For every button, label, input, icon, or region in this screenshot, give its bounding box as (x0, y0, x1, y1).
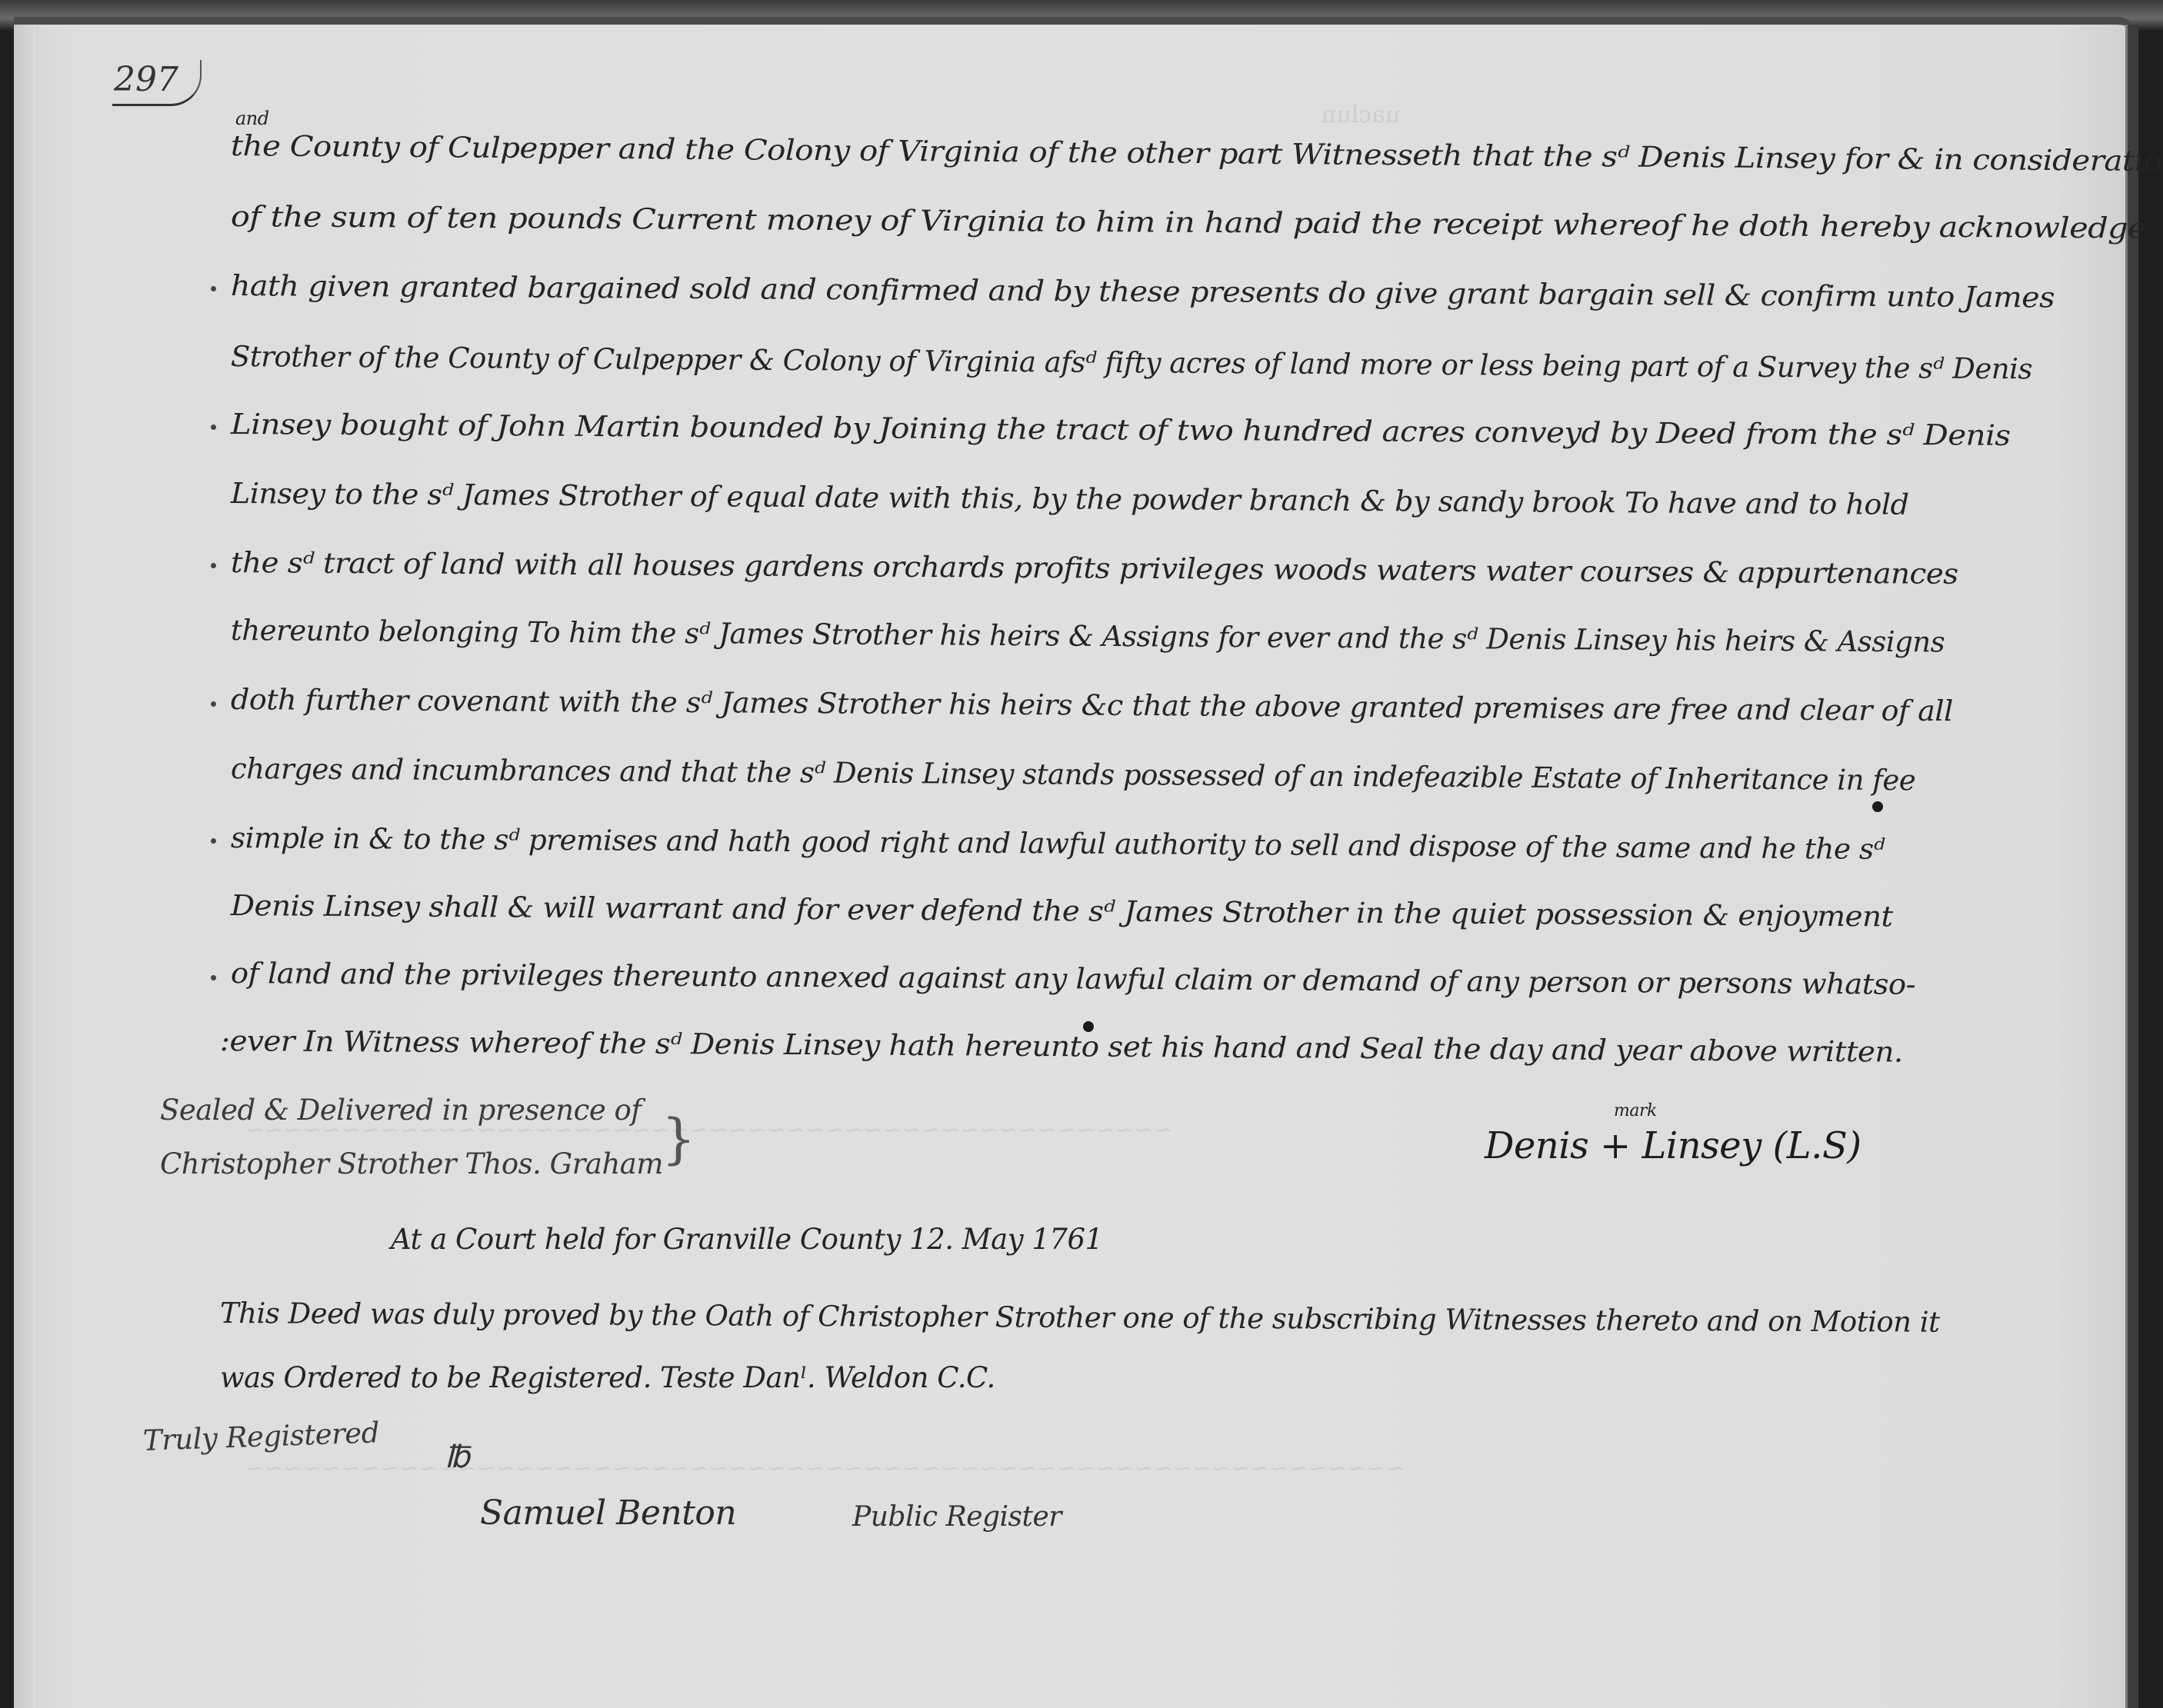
court-heading: At a Court held for Granville County 12.… (391, 1223, 1103, 1256)
deed-line-5: Linsey bought of John Martin bounded by … (231, 408, 2011, 452)
registrar-signature: Samuel Benton (480, 1493, 736, 1533)
ink-blot (1872, 801, 1883, 812)
margin-bullet (211, 975, 216, 981)
margin-bullet (211, 286, 216, 291)
deed-line-11: simple in & to the sᵈ premises and hath … (231, 821, 1885, 866)
witness-brace: } (662, 1107, 695, 1170)
deed-line-8: thereunto belonging To him the sᵈ James … (231, 614, 1945, 659)
deed-line-13: of land and the privileges thereunto ann… (231, 957, 1915, 1001)
register-page: uaclun ~~~~~~~~~~~~~~~~~~~~~~~~~~~~~~~~~… (14, 17, 2138, 1708)
deed-line-1: the County of Culpepper and the Colony o… (231, 129, 2163, 178)
deed-line-10: charges and incumbrances and that the sᵈ… (231, 752, 1916, 797)
signature-mark-label: mark (1614, 1101, 1657, 1120)
deed-line-9: doth further covenant with the sᵈ James … (231, 683, 1953, 727)
page-gutter (14, 25, 38, 1708)
bleed-through-text: uaclun (1321, 102, 1400, 128)
witness-heading: Sealed & Delivered in presence of (160, 1094, 642, 1127)
deed-line-4: Strother of the County of Culpepper & Co… (231, 340, 2032, 385)
witness-names: Christopher Strother Thos. Graham (160, 1147, 663, 1180)
margin-bullet (211, 425, 216, 430)
deed-line-12: Denis Linsey shall & will warrant and fo… (231, 889, 1893, 933)
deed-line-2: of the sum of ten pounds Current money o… (231, 200, 2146, 245)
scanned-page-image: uaclun ~~~~~~~~~~~~~~~~~~~~~~~~~~~~~~~~~… (0, 0, 2163, 1708)
per-mark: ℔ (445, 1440, 469, 1475)
deed-line-3: hath given granted bargained sold and co… (231, 269, 2055, 314)
registrar-title: Public Register (852, 1501, 1062, 1533)
margin-bullet (211, 838, 216, 844)
margin-bullet (211, 701, 216, 707)
grantor-signature: Denis + Linsey (L.S) (1485, 1124, 1861, 1167)
deed-line-7: the sᵈ tract of land with all houses gar… (231, 546, 1958, 591)
page-edge (2125, 25, 2138, 1708)
court-record-line-1: This Deed was duly proved by the Oath of… (220, 1297, 1940, 1339)
deed-line-14: :ever In Witness whereof the sᵈ Denis Li… (220, 1024, 1903, 1069)
bleed-through-text: ~~~~~~~~~~~~~~~~~~~~~~~~~~~~~~~~~~~~~~~~… (245, 1455, 1405, 1482)
interlinear-insertion: and (235, 108, 269, 129)
margin-bullet (211, 563, 216, 568)
court-record-line-2: was Ordered to be Registered. Teste Danˡ… (220, 1361, 995, 1394)
truly-registered-note: Truly Registered (142, 1416, 379, 1457)
page-number: 297 (112, 60, 202, 106)
deed-line-6: Linsey to the sᵈ James Strother of equal… (231, 477, 1909, 521)
